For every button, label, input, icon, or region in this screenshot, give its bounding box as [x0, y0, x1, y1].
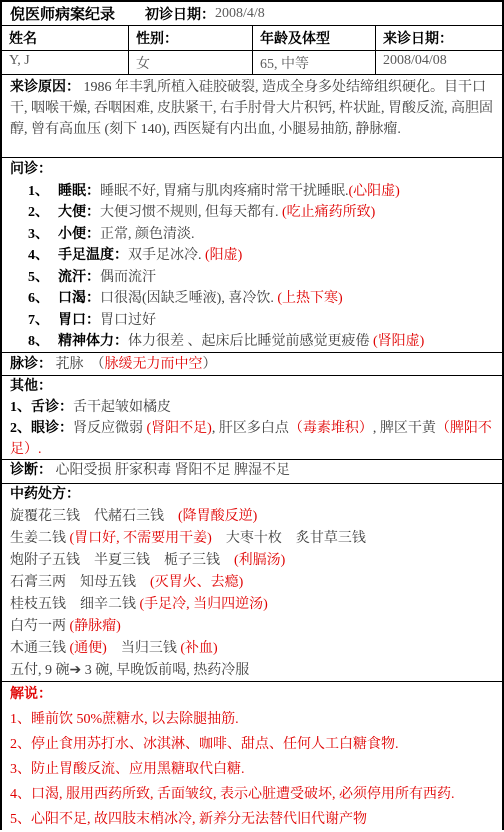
item-label: 口渴：: [58, 291, 100, 306]
medical-record-document: 倪医师病案纪录 初诊日期： 2008/4/8 姓名 性别： 年龄及体型 来诊日期…: [0, 0, 504, 830]
name-label: 姓名: [2, 26, 128, 50]
item-number: 2、: [10, 737, 31, 752]
diagnosis-section: 诊断： 心阳受损 肝家积毒 肾阳不足 脾湿不足: [2, 460, 502, 484]
prescription-line: 白芍一两 (静脉瘤): [10, 616, 494, 638]
first-visit-date-value: 2008/4/8: [215, 6, 265, 22]
item-text: 双手足冰冷. (阳虚): [128, 248, 242, 263]
diagnosis-text: 心阳受损 肝家积毒 肾阳不足 脾湿不足: [56, 463, 291, 478]
item-text: 肾反应微弱 (肾阳不足), 肝区多白点（毒素堆积）, 脾区干黄（脾阳不足）.: [10, 421, 492, 457]
item-text: 大便习惯不规则, 但每天都有. (吃止痛药所致): [100, 205, 375, 220]
item-number: 2、: [10, 421, 31, 436]
item-number: 4、: [28, 245, 58, 267]
age-body-label: 年龄及体型: [252, 26, 375, 50]
inquiry-item-energy: 8、精神体力：体力很差 、起床后比睡觉前感觉更疲倦 (肾阳虚): [10, 331, 494, 353]
inquiry-item-stool: 2、大便：大便习惯不规则, 但每天都有. (吃止痛药所致): [10, 202, 494, 224]
item-text: 睡眠不好, 胃痛与肌肉疼痛时常干扰睡眠.(心阳虚): [100, 184, 400, 199]
explanation-label: 解说：: [10, 682, 494, 707]
explanation-item: 1、睡前饮 50%蔗糖水, 以去除腿抽筋.: [10, 707, 494, 732]
inquiry-item-sweat: 5、流汗：偶而流汗: [10, 267, 494, 289]
inquiry-item-appetite: 7、胃口：胃口过好: [10, 310, 494, 332]
item-number: 5、: [10, 812, 31, 827]
item-text: 睡前饮 50%蔗糖水, 以去除腿抽筋.: [31, 712, 239, 727]
explanation-item: 4、口渴, 服用西药所致, 舌面皱纹, 表示心脏遭受破坏, 必须停用所有西药.: [10, 782, 494, 807]
prescription-line: 旋覆花三钱 代赭石三钱 (降胃酸反逆): [10, 506, 494, 528]
item-text: 正常, 颜色清淡.: [100, 227, 195, 242]
item-text: 停止食用苏打水、冰淇淋、咖啡、甜点、任何人工白糖食物.: [31, 737, 399, 752]
item-label: 睡眠：: [58, 184, 100, 199]
item-label: 大便：: [58, 205, 100, 220]
item-number: 4、: [10, 787, 31, 802]
item-number: 7、: [28, 310, 58, 332]
item-label: 精神体力：: [58, 334, 128, 349]
item-label: 小便：: [58, 227, 100, 242]
item-text: 心阳不足, 故四肢末梢冰冷, 新养分无法替代旧代谢产物: [31, 812, 367, 827]
item-text: 防止胃酸反流、应用黑糖取代白糖.: [31, 762, 245, 777]
other-label: 其他：: [10, 376, 494, 397]
inquiry-item-urine: 3、小便：正常, 颜色清淡.: [10, 224, 494, 246]
item-label: 手足温度：: [58, 248, 128, 263]
inquiry-item-thirst: 6、口渴：口很渴(因缺乏唾液), 喜冷饮. (上热下寒): [10, 288, 494, 310]
explanation-item: 2、停止食用苏打水、冰淇淋、咖啡、甜点、任何人工白糖食物.: [10, 732, 494, 757]
item-label: 胃口：: [58, 313, 100, 328]
inquiry-item-limb-temperature: 4、手足温度：双手足冰冷. (阳虚): [10, 245, 494, 267]
record-header-row: 倪医师病案纪录 初诊日期： 2008/4/8: [2, 2, 502, 26]
prescription-dosage-line: 五付, 9 碗➔ 3 碗, 早晚饭前喝, 热药冷服: [10, 660, 494, 682]
visit-date-label: 来诊日期：: [375, 26, 502, 50]
prescription-section: 中药处方： 旋覆花三钱 代赭石三钱 (降胃酸反逆) 生姜二钱 (胃口好, 不需要…: [2, 484, 502, 682]
item-text: 偶而流汗: [100, 270, 156, 285]
item-number: 5、: [28, 267, 58, 289]
item-text: 口很渴(因缺乏唾液), 喜冷饮. (上热下寒): [100, 291, 343, 306]
item-number: 1、: [10, 712, 31, 727]
inquiry-item-sleep: 1、睡眠：睡眠不好, 胃痛与肌肉疼痛时常干扰睡眠.(心阳虚): [10, 181, 494, 203]
item-label: 舌诊：: [31, 400, 73, 415]
item-number: 3、: [28, 224, 58, 246]
item-number: 2、: [28, 202, 58, 224]
pulse-text: 芤脉 （脉缓无力而中空）: [56, 357, 217, 372]
prescription-line: 生姜二钱 (胃口好, 不需要用干姜) 大枣十枚 炙甘草三钱: [10, 528, 494, 550]
diagnosis-label: 诊断：: [10, 463, 52, 478]
reason-label: 来诊原因：: [10, 80, 80, 95]
other-section: 其他： 1、舌诊：舌干起皱如橘皮 2、眼诊：肾反应微弱 (肾阳不足), 肝区多白…: [2, 376, 502, 460]
patient-value-row: Y, J 女 65, 中等 2008/04/08: [2, 51, 502, 75]
patient-header-row: 姓名 性别： 年龄及体型 来诊日期：: [2, 26, 502, 51]
explanation-item: 5、心阳不足, 故四肢末梢冰冷, 新养分无法替代旧代谢产物: [10, 807, 494, 832]
item-text: 体力很差 、起床后比睡觉前感觉更疲倦 (肾阳虚): [128, 334, 424, 349]
item-label: 流汗：: [58, 270, 100, 285]
inquiry-label: 问诊：: [10, 159, 494, 181]
patient-gender-value: 女: [128, 51, 252, 74]
prescription-line: 炮附子五钱 半夏三钱 栀子三钱 (利膈汤): [10, 550, 494, 572]
gender-label: 性别：: [128, 26, 252, 50]
prescription-line: 石膏三两 知母五钱 (灭胃火、去瘾): [10, 572, 494, 594]
item-label: 眼诊：: [31, 421, 73, 436]
patient-age-value: 65, 中等: [252, 51, 375, 74]
inquiry-section: 问诊： 1、睡眠：睡眠不好, 胃痛与肌肉疼痛时常干扰睡眠.(心阳虚) 2、大便：…: [2, 158, 502, 353]
first-visit-date-label: 初诊日期：: [145, 4, 215, 24]
prescription-line: 桂枝五钱 细辛二钱 (手足冷, 当归四逆汤): [10, 594, 494, 616]
item-number: 1、: [28, 181, 58, 203]
other-item-eye: 2、眼诊：肾反应微弱 (肾阳不足), 肝区多白点（毒素堆积）, 脾区干黄（脾阳不…: [10, 418, 494, 460]
pulse-label: 脉诊：: [10, 357, 52, 372]
item-number: 6、: [28, 288, 58, 310]
item-number: 3、: [10, 762, 31, 777]
explanation-section: 解说： 1、睡前饮 50%蔗糖水, 以去除腿抽筋. 2、停止食用苏打水、冰淇淋、…: [2, 682, 502, 832]
patient-name-value: Y, J: [2, 51, 128, 74]
item-number: 8、: [28, 331, 58, 353]
item-number: 1、: [10, 400, 31, 415]
item-text: 舌干起皱如橘皮: [73, 400, 171, 415]
other-item-tongue: 1、舌诊：舌干起皱如橘皮: [10, 397, 494, 418]
patient-visit-date-value: 2008/04/08: [375, 51, 502, 74]
reason-text: 1986 年丰乳所植入硅胶破裂, 造成全身多处结缔组织硬化。目干口干, 咽喉干燥…: [10, 80, 493, 137]
prescription-line: 木通三钱 (通便) 当归三钱 (补血): [10, 638, 494, 660]
pulse-section: 脉诊： 芤脉 （脉缓无力而中空）: [2, 353, 502, 376]
item-text: 胃口过好: [100, 313, 156, 328]
item-text: 口渴, 服用西药所致, 舌面皱纹, 表示心脏遭受破坏, 必须停用所有西药.: [31, 787, 455, 802]
record-title: 倪医师病案纪录: [10, 3, 145, 24]
prescription-label: 中药处方：: [10, 484, 494, 506]
explanation-item: 3、防止胃酸反流、应用黑糖取代白糖.: [10, 757, 494, 782]
reason-section: 来诊原因： 1986 年丰乳所植入硅胶破裂, 造成全身多处结缔组织硬化。目干口干…: [2, 75, 502, 158]
